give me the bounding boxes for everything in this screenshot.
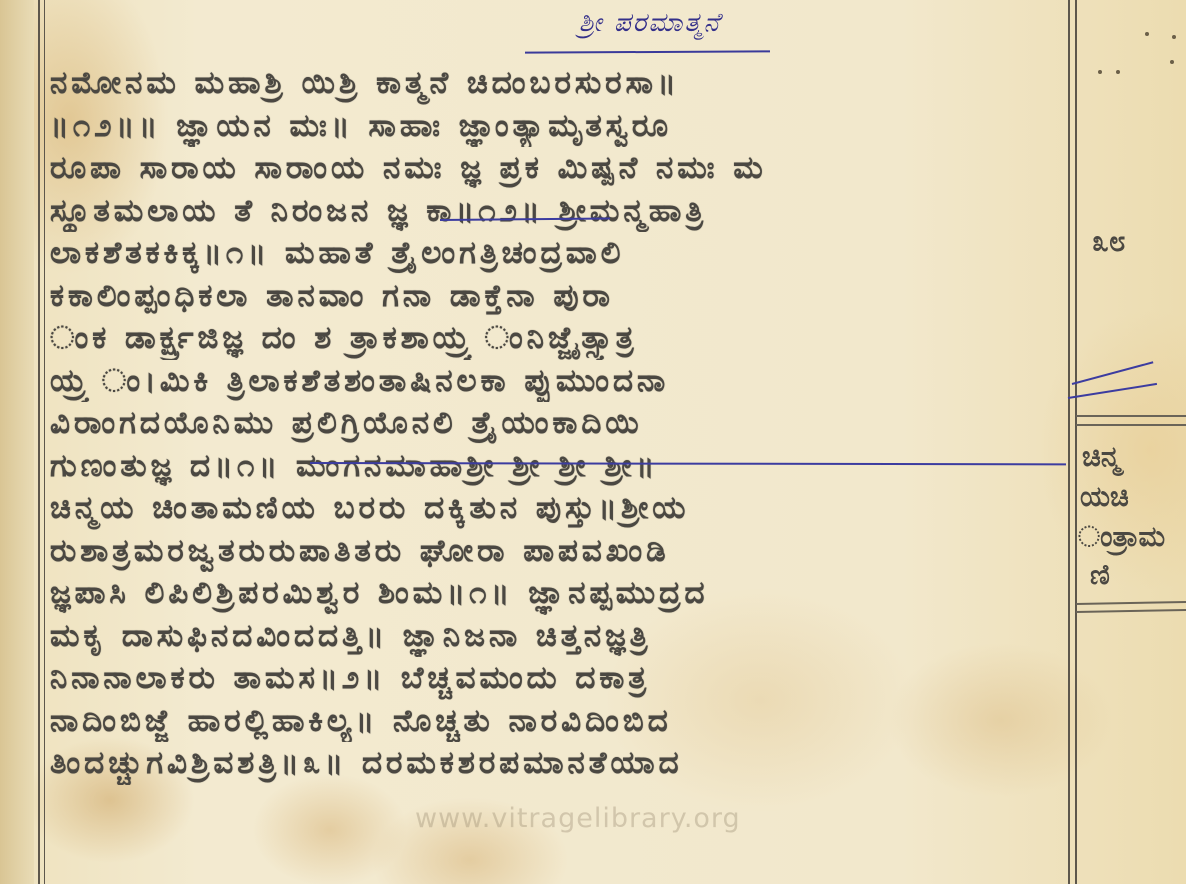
text-line: ನಾದಿಂಬಿಜ್ಜೆ ಹಾರಲ್ಲಿಹಾಕಿಲ್ಯ॥ ನೊಚ್ಚತು ನಾರವ… <box>50 700 1070 743</box>
text-line: ಸ್ಥೂತಮಲಾಯ ತೆ ನಿರಂಜನ ಜ್ಞ ಕಾ॥೧೨॥ ಶ್ರೀಮನ್ಮಹ… <box>50 190 1070 233</box>
header-title: ಶ್ರೀ ಪರಮಾತ್ಮನೆ <box>530 8 770 39</box>
margin-hrule-1 <box>1076 415 1186 417</box>
text-line: ॥೧೨॥॥ ಜ್ಞಾಯನ ಮಃ॥ ಸಾಹಾಃ ಜ್ಞಾಂತ್ಯಾಮೃತಸ್ವರೂ <box>50 105 1070 148</box>
text-line: ಗುಣಂತುಜ್ಞ ದ॥೧॥ ಮಂಗನಮಾಹಾಶ್ರೀ ಶ್ರೀ ಶ್ರೀ ಶ್… <box>50 445 1070 488</box>
text-line: ರುಶಾತ್ರಮರಜ್ವತರುರುಪಾತಿತರು ಘೋರಾ ಪಾಪವಖಂಡಿ <box>50 530 1070 573</box>
right-margin-rule-outer <box>1075 0 1077 884</box>
margin-note: ಚಿನ್ಮ <box>1082 440 1120 474</box>
text-line: ಜ್ಞಪಾಸಿ ಲಿಪಿಲಿಶ್ರಿಪರಮಿಶ್ವರ ಶಿಂಮ॥೧॥ ಜ್ಞಾನ… <box>50 572 1070 615</box>
margin-hrule-4 <box>1076 609 1186 613</box>
text-line: ಚಿನ್ಮಯ ಚಿಂತಾಮಣಿಯ ಬರರು ದಕ್ಕಿತುನ ಪುಸ್ತು॥ಶ್… <box>50 487 1070 530</box>
text-line: ವಿರಾಂಗದಯೊನಿಮು ಪ್ರಲಿಗ್ರಿಯೊನಲಿ ತ್ರೈಯಂಕಾದಿಯ… <box>50 402 1070 445</box>
margin-note: ಣಿ <box>1090 558 1110 592</box>
text-line: ಲಾಕಶೆತಕಕಿಕ್ಕ॥೧॥ ಮಹಾತೆ ತ್ರೈಲಂಗತ್ರಿಚಂದ್ರವಾ… <box>50 232 1070 275</box>
blue-stroke-2 <box>1068 383 1157 399</box>
text-line: ನಮೋನಮ ಮಹಾಶ್ರಿ ಯಿಶ್ರಿ ಕಾತ್ಮನೆ ಚಿದಂಬರಸುರಸಾ… <box>50 62 1070 105</box>
text-line: ಂಕ ಡಾರ್ಕ್ಷ್ರಜಿಜ್ಞ ದಂ ಶ ತ್ರಾಕಶಾಯ್ರ್ಯ ಂನಿಜ… <box>50 317 1070 360</box>
left-margin-rule-inner <box>44 0 45 884</box>
page-number: ೩೮ <box>1092 224 1126 259</box>
manuscript-text: ನಮೋನಮ ಮಹಾಶ್ರಿ ಯಿಶ್ರಿ ಕಾತ್ಮನೆ ಚಿದಂಬರಸುರಸಾ… <box>50 62 1070 785</box>
text-line: ತಿಂದಚ್ಚುಗವಿಶ್ರಿವಶತ್ರಿ॥೩॥ ದರಮಕಶರಪಮಾನತೆಯಾದ <box>50 742 1070 785</box>
watermark: www.vitragelibrary.org <box>415 803 741 834</box>
margin-note: ಯಚಿ <box>1080 480 1129 514</box>
header-underline <box>525 50 770 53</box>
margin-note: ಂತ್ರಾಮ <box>1078 520 1165 554</box>
text-line: ರೂಪಾ ಸಾರಾಯ ಸಾರಾಂಯ ನಮಃ ಜ್ಞ ಪ್ರಕ ಮಿಷ್ಪನೆ ನ… <box>50 147 1070 190</box>
foxing-spot <box>1116 70 1120 74</box>
margin-hrule-3 <box>1076 601 1186 605</box>
foxing-spot <box>1172 35 1176 39</box>
left-margin-rule-outer <box>38 0 40 884</box>
text-line: ಯ್ರ್ಯ ಂ।ಮಿಕಿ ತ್ರಿಲಾಕಶೆತಶಂತಾಷಿನಲಕಾ ಪ್ಪುಮು… <box>50 360 1070 403</box>
text-line: ಮಕೃ ದಾಸುಫಿನದವಿಂದದತ್ತಿ॥ ಜ್ಞಾನಿಜನಾ ಚಿತ್ತನಜ… <box>50 615 1070 658</box>
text-line: ಕಕಾಲಿಂಪ್ಪಂಧಿಕಲಾ ತಾನವಾಂ ಗನಾ ಡಾಕ್ತೆನಾ ಪುರಾ <box>50 275 1070 318</box>
binding-edge <box>0 0 34 884</box>
margin-hrule-2 <box>1076 424 1186 426</box>
blue-stroke-1 <box>1072 361 1154 385</box>
foxing-spot <box>1170 60 1174 64</box>
foxing-spot <box>1098 70 1102 74</box>
text-line: ನಿನಾನಾಲಾಕರು ತಾಮಸ॥೨॥ ಬೆಚ್ಚವಮಂದು ದಕಾತ್ರ <box>50 657 1070 700</box>
foxing-spot <box>1145 32 1149 36</box>
manuscript-page: ಶ್ರೀ ಪರಮಾತ್ಮನೆ ನಮೋನಮ ಮಹಾಶ್ರಿ ಯಿಶ್ರಿ ಕಾತ್… <box>0 0 1186 884</box>
